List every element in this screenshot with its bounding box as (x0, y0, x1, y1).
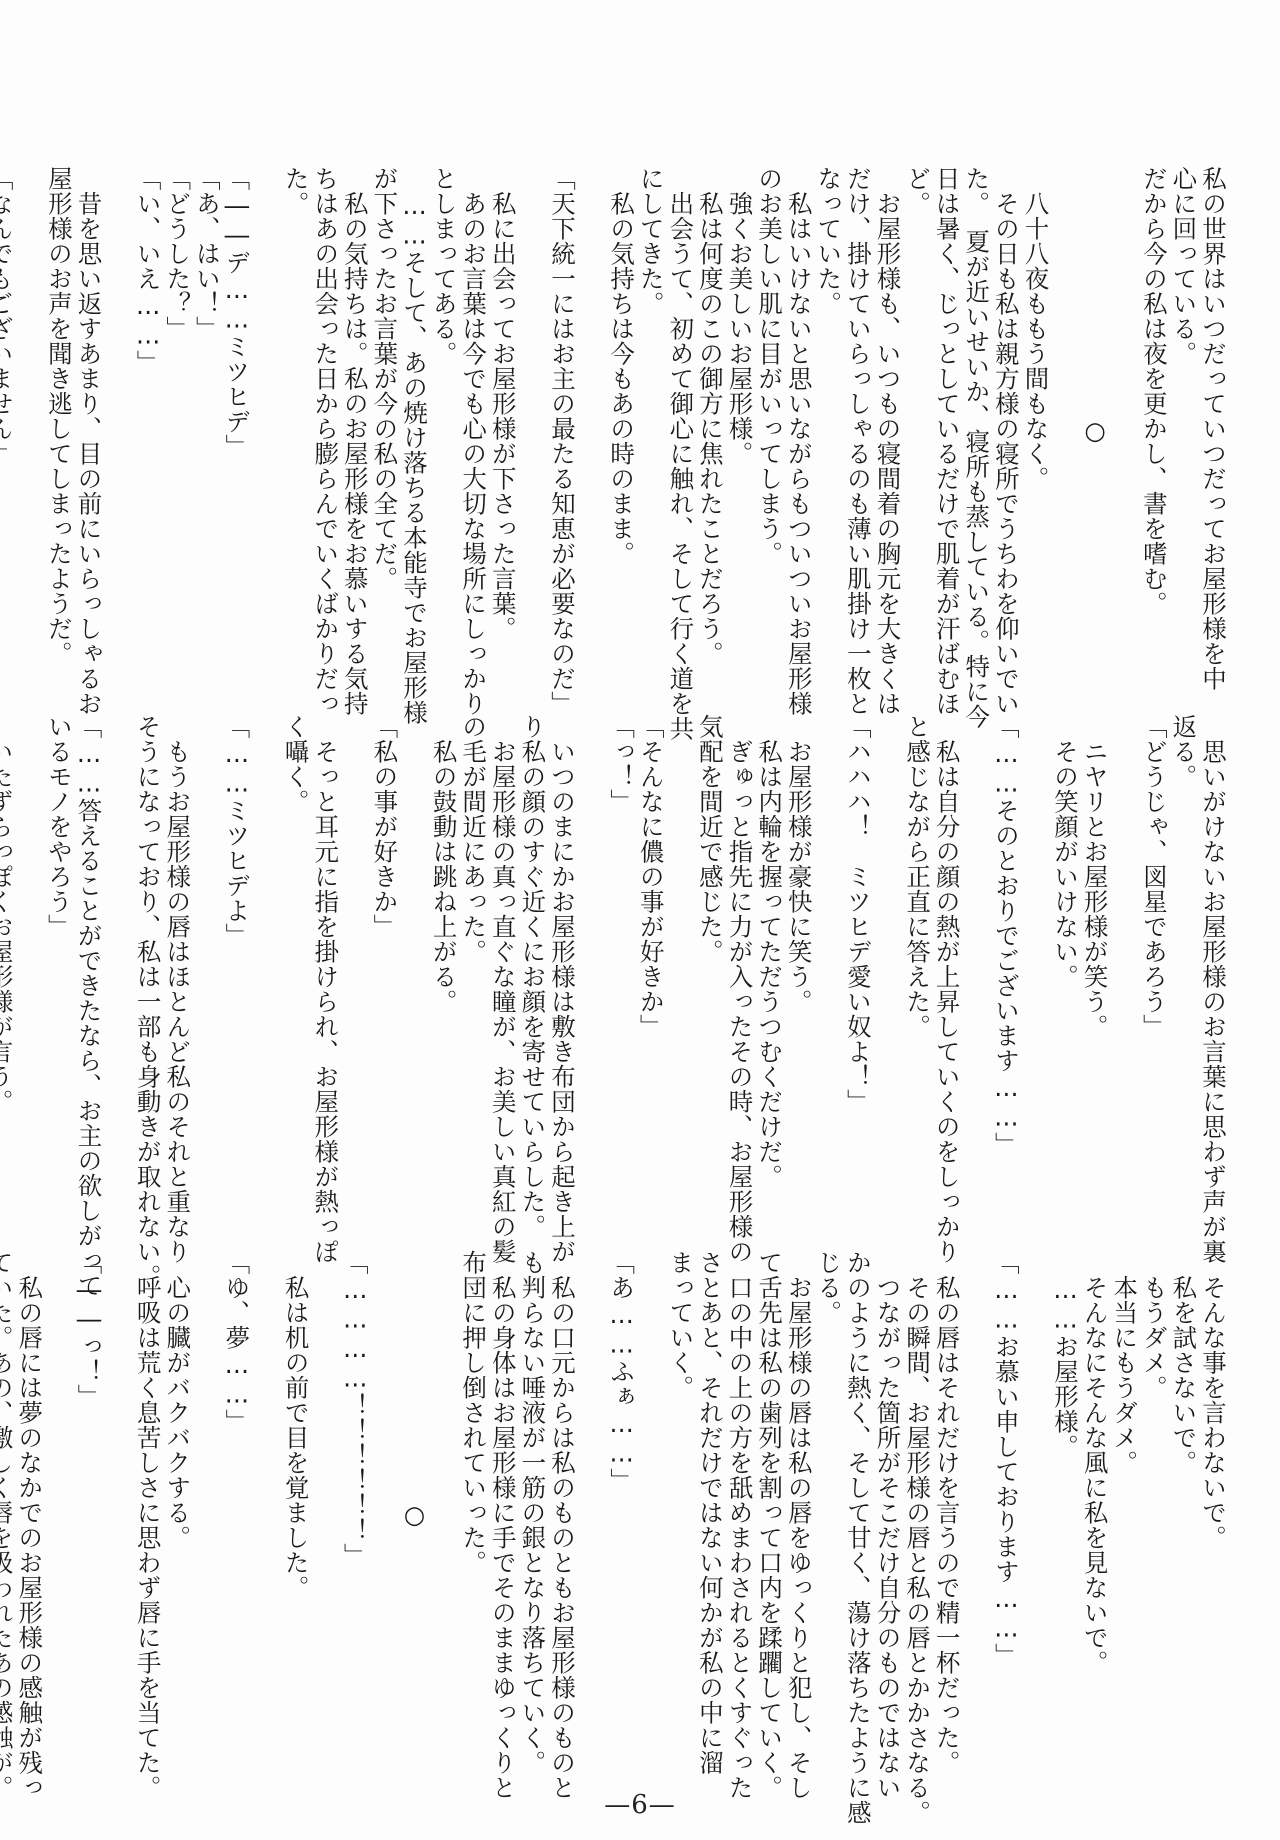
text-line: 「――デ……ミツヒデ」 (222, 166, 252, 696)
blank-line (44, 1250, 74, 1780)
text-line: お屋形様も、いつもの寝間着の胸元を大きくは (873, 166, 903, 696)
text-line: 返る。 (1169, 714, 1199, 1244)
blank-line (666, 714, 696, 1244)
text-line: 本当にもうダメ。 (1110, 1250, 1140, 1780)
text-line: としまってある。 (429, 166, 459, 696)
text-line: 私の口元からは私のものともお屋形様のものと (547, 1250, 577, 1780)
text-line: 口の中の上の方を舐めまわされるとくすぐった (725, 1250, 755, 1780)
text-line: いるモノをやろう」 (44, 714, 74, 1244)
blank-line (962, 714, 992, 1244)
blank-line (311, 1250, 341, 1780)
text-line: た。 (281, 166, 311, 696)
text-line: 八十八夜ももう間もなく。 (1021, 166, 1051, 696)
text-line: その笑顔がいけない。 (1050, 714, 1080, 1244)
text-line: ……そして、あの焼け落ちる本能寺でお屋形様 (399, 166, 429, 696)
text-tier-bottom: そんな事を言わないで。 私を試さないで。 もうダメ。 本当にもうダメ。 そんなに… (48, 1250, 1228, 1780)
blank-line (1050, 166, 1080, 696)
text-line: もうお屋形様の唇はほとんど私のそれと重なり (163, 714, 193, 1244)
text-line: 私の気持ちは今もあの時のまま。 (607, 166, 637, 696)
text-line: そんな事を言わないで。 (1198, 1250, 1228, 1780)
blank-line (1110, 714, 1140, 1244)
blank-line (370, 1250, 400, 1780)
text-line: 「……ミツヒデよ」 (222, 714, 252, 1244)
blank-line (962, 1250, 992, 1780)
text-line: だけ、掛けていらっしゃるのも薄い肌掛け一枚と (843, 166, 873, 696)
text-line: 「あ、はい！」 (192, 166, 222, 696)
text-line: かのように熱く、そして甘く、蕩け落ちたように感 (843, 1250, 873, 1780)
text-line: た。 夏が近いせいか、寝所も蒸している。特に今 (962, 166, 992, 696)
blank-line (1021, 1250, 1051, 1780)
blank-line (1110, 166, 1140, 696)
text-line: ぎゅっと指先に力が入ったその時、お屋形様の (725, 714, 755, 1244)
text-line: 私は机の前で目を覚ました。 (281, 1250, 311, 1780)
text-line: ……お屋形様。 (1050, 1250, 1080, 1780)
text-line: く囁く。 (281, 714, 311, 1244)
text-line: その日も私は親方様の寝所でうちわを仰いでい (991, 166, 1021, 696)
text-line: 私の気持ちは。私のお屋形様をお慕いする気持 (340, 166, 370, 696)
text-line: ニヤリとお屋形様が笑う。 (1080, 714, 1110, 1244)
text-line: 「っ！」 (607, 714, 637, 1244)
blank-line (251, 166, 281, 696)
blank-line (103, 166, 133, 696)
text-line: いつのまにかお屋形様は敷き布団から起き上が (547, 714, 577, 1244)
text-line: 心に回っている。 (1169, 166, 1199, 696)
text-line: 布団に押し倒されていった。 (459, 1250, 489, 1780)
text-line: お屋形様が豪快に笑う。 (784, 714, 814, 1244)
text-line: その瞬間、お屋形様の唇と私の唇とかかさなる。 (902, 1250, 932, 1780)
text-line: 「どうした？」 (163, 166, 193, 696)
text-line: 「……そのとおりでございます……」 (991, 714, 1021, 1244)
text-line: まっていく。 (666, 1250, 696, 1780)
novel-page: 私の世界はいつだっていつだってお屋形様を中心に回っている。だから今の私は夜を更か… (0, 0, 1280, 1840)
text-line: 日は暑く、じっとしているだけで肌着が汗ばむほ (932, 166, 962, 696)
page-number: —6— (560, 1790, 720, 1820)
text-line: 「そんなに儂の事が好きか」 (636, 714, 666, 1244)
text-line: 強くお美しいお屋形様。 (725, 166, 755, 696)
text-line: 私の唇はそれだけを言うので精一杯だった。 (932, 1250, 962, 1780)
text-line: 「ハハハ！ ミツヒデ愛い奴よ！」 (843, 714, 873, 1244)
blank-line (1021, 714, 1051, 1244)
text-line: 私は自分の顔の熱が上昇していくのをしっかり (932, 714, 962, 1244)
text-line: 私の唇には夢のなかでのお屋形様の感触が残っ (15, 1250, 45, 1780)
text-line: もうダメ。 (1139, 1250, 1169, 1780)
text-line: 私を試さないで。 (1169, 1250, 1199, 1780)
blank-line (577, 714, 607, 1244)
blank-line (192, 1250, 222, 1780)
text-line: 昔を思い返すあまり、目の前にいらっしゃるお (74, 166, 104, 696)
blank-line (340, 714, 370, 1244)
text-tier-top: 私の世界はいつだっていつだってお屋形様を中心に回っている。だから今の私は夜を更か… (48, 166, 1228, 696)
text-line: 気配を間近で感じた。 (695, 714, 725, 1244)
text-line: 「……お慕い申しております……」 (991, 1250, 1021, 1780)
text-line: 「どうじゃ、図星であろう」 (1139, 714, 1169, 1244)
text-line: 出会うて、初めて御心に触れ、そして行く道を共 (666, 166, 696, 696)
blank-line (103, 714, 133, 1244)
text-line: じる。 (814, 1250, 844, 1780)
text-line: お屋形様の真っ直ぐな瞳が、お美しい真紅の髪 (488, 714, 518, 1244)
text-line: 私の鼓動は跳ね上がる。 (429, 714, 459, 1244)
text-line: て舌先は私の歯列を割って口内を蹂躙していく。 (755, 1250, 785, 1780)
text-line: 「――っ！」 (74, 1250, 104, 1780)
blank-line (15, 714, 45, 1244)
blank-line (103, 1250, 133, 1780)
text-line: のお美しい肌に目がいってしまう。 (755, 166, 785, 696)
text-line: なっていた。 (814, 166, 844, 696)
text-line: 私に出会ってお屋形様が下さった言葉。 (488, 166, 518, 696)
text-line: が下さったお言葉が今の私の全てだ。 (370, 166, 400, 696)
text-line: 「ゆ、夢……」 (222, 1250, 252, 1780)
text-line: そうになっており、私は一部も身動きが取れない。 (133, 714, 163, 1244)
text-line: と感じながら正直に答えた。 (902, 714, 932, 1244)
text-line: 私の世界はいつだっていつだってお屋形様を中 (1198, 166, 1228, 696)
blank-line (577, 166, 607, 696)
text-line: も判らない唾液が一筋の銀となり落ちていく。 (518, 1250, 548, 1780)
text-line: の毛が間近にあった。 (459, 714, 489, 1244)
text-line: 「…………！！！！！！」 (340, 1250, 370, 1780)
text-line: 「なんでもございません」 (0, 166, 15, 696)
blank-line (399, 714, 429, 1244)
text-line: 私は何度のこの御方に焦れたことだろう。 (695, 166, 725, 696)
blank-line (251, 714, 281, 1244)
blank-line (814, 714, 844, 1244)
blank-line (518, 166, 548, 696)
text-line: ていた。あの、激しく唇を吸われたあの感触が。 (0, 1250, 15, 1780)
text-line: 「い、いえ……」 (133, 166, 163, 696)
text-line: いたずらっぽくお屋形様が言う。 (0, 714, 15, 1244)
blank-line (873, 714, 903, 1244)
blank-line (192, 714, 222, 1244)
text-line: にしてきた。 (636, 166, 666, 696)
blank-line (577, 1250, 607, 1780)
text-line: り私の顔のすぐ近くにお顔を寄せていらした。 (518, 714, 548, 1244)
text-line: ちはあの出会った日から膨らんでいくばかりだっ (311, 166, 341, 696)
text-line: そっと耳元に指を掛けられ、お屋形様が熱っぽ (311, 714, 341, 1244)
blank-line (429, 1250, 459, 1780)
text-line: お屋形様の唇は私の唇をゆっくりと犯し、そし (784, 1250, 814, 1780)
text-line: そんなにそんな風に私を見ないで。 (1080, 1250, 1110, 1780)
blank-line (251, 1250, 281, 1780)
text-line: つながった箇所がそこだけ自分のものではない (873, 1250, 903, 1780)
blank-line (15, 166, 45, 696)
text-line: さとあと、それだけではない何かが私の中に溜 (695, 1250, 725, 1780)
text-tier-middle: 思いがけないお屋形様のお言葉に思わず声が裏返る。「どうじゃ、図星であろう」 ニヤ… (48, 714, 1228, 1244)
text-line: だから今の私は夜を更かし、書を嗜む。 (1139, 166, 1169, 696)
text-line: ど。 (902, 166, 932, 696)
text-line: 私は内輪を握ってただうつむくだけだ。 (755, 714, 785, 1244)
text-line: 私はいけないと思いながらもついついお屋形様 (784, 166, 814, 696)
text-line: 呼吸は荒く息苦しさに思わず唇に手を当てた。 (133, 1250, 163, 1780)
section-break-circle: ○ (399, 1250, 429, 1780)
text-line: 屋形様のお声を聞き逃してしまったようだ。 (44, 166, 74, 696)
text-line: 心の臓がバクバクする。 (163, 1250, 193, 1780)
text-line: 「私の事が好きか」 (370, 714, 400, 1244)
text-line: 「天下統一にはお主の最たる知恵が必要なのだ」 (547, 166, 577, 696)
blank-line (636, 1250, 666, 1780)
text-line: 「あ……ふぁ……」 (607, 1250, 637, 1780)
section-break-circle: ○ (1080, 166, 1110, 696)
text-line: 思いがけないお屋形様のお言葉に思わず声が裏 (1198, 714, 1228, 1244)
text-line: あのお言葉は今でも心の大切な場所にしっかり (459, 166, 489, 696)
text-line: 私の身体はお屋形様に手でそのままゆっくりと (488, 1250, 518, 1780)
text-line: 「……答えることができたなら、お主の欲しがって (74, 714, 104, 1244)
